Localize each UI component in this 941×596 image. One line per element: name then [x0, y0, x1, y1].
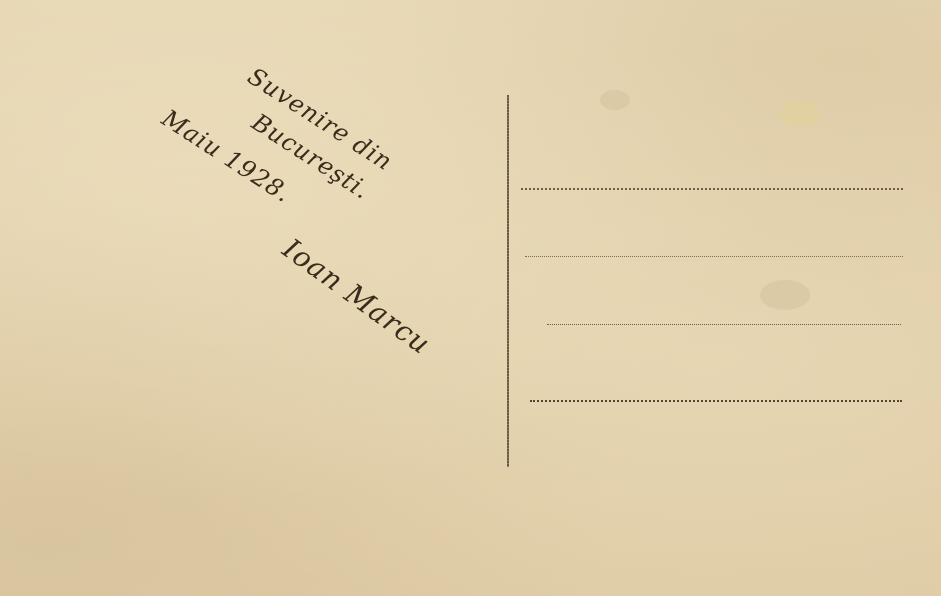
address-line-3 [547, 324, 901, 325]
paper-stain [600, 90, 630, 110]
address-line-2 [525, 256, 903, 257]
center-divider-line [507, 95, 509, 467]
handwriting-signature: Ioan Marcu [277, 232, 437, 361]
postcard-back: Suvenire din Bucureşti. Maiu 1928. Ioan … [0, 0, 941, 596]
address-line-1 [521, 188, 903, 190]
paper-stain [760, 280, 810, 310]
address-line-4 [530, 400, 902, 402]
paper-stain [780, 100, 820, 126]
